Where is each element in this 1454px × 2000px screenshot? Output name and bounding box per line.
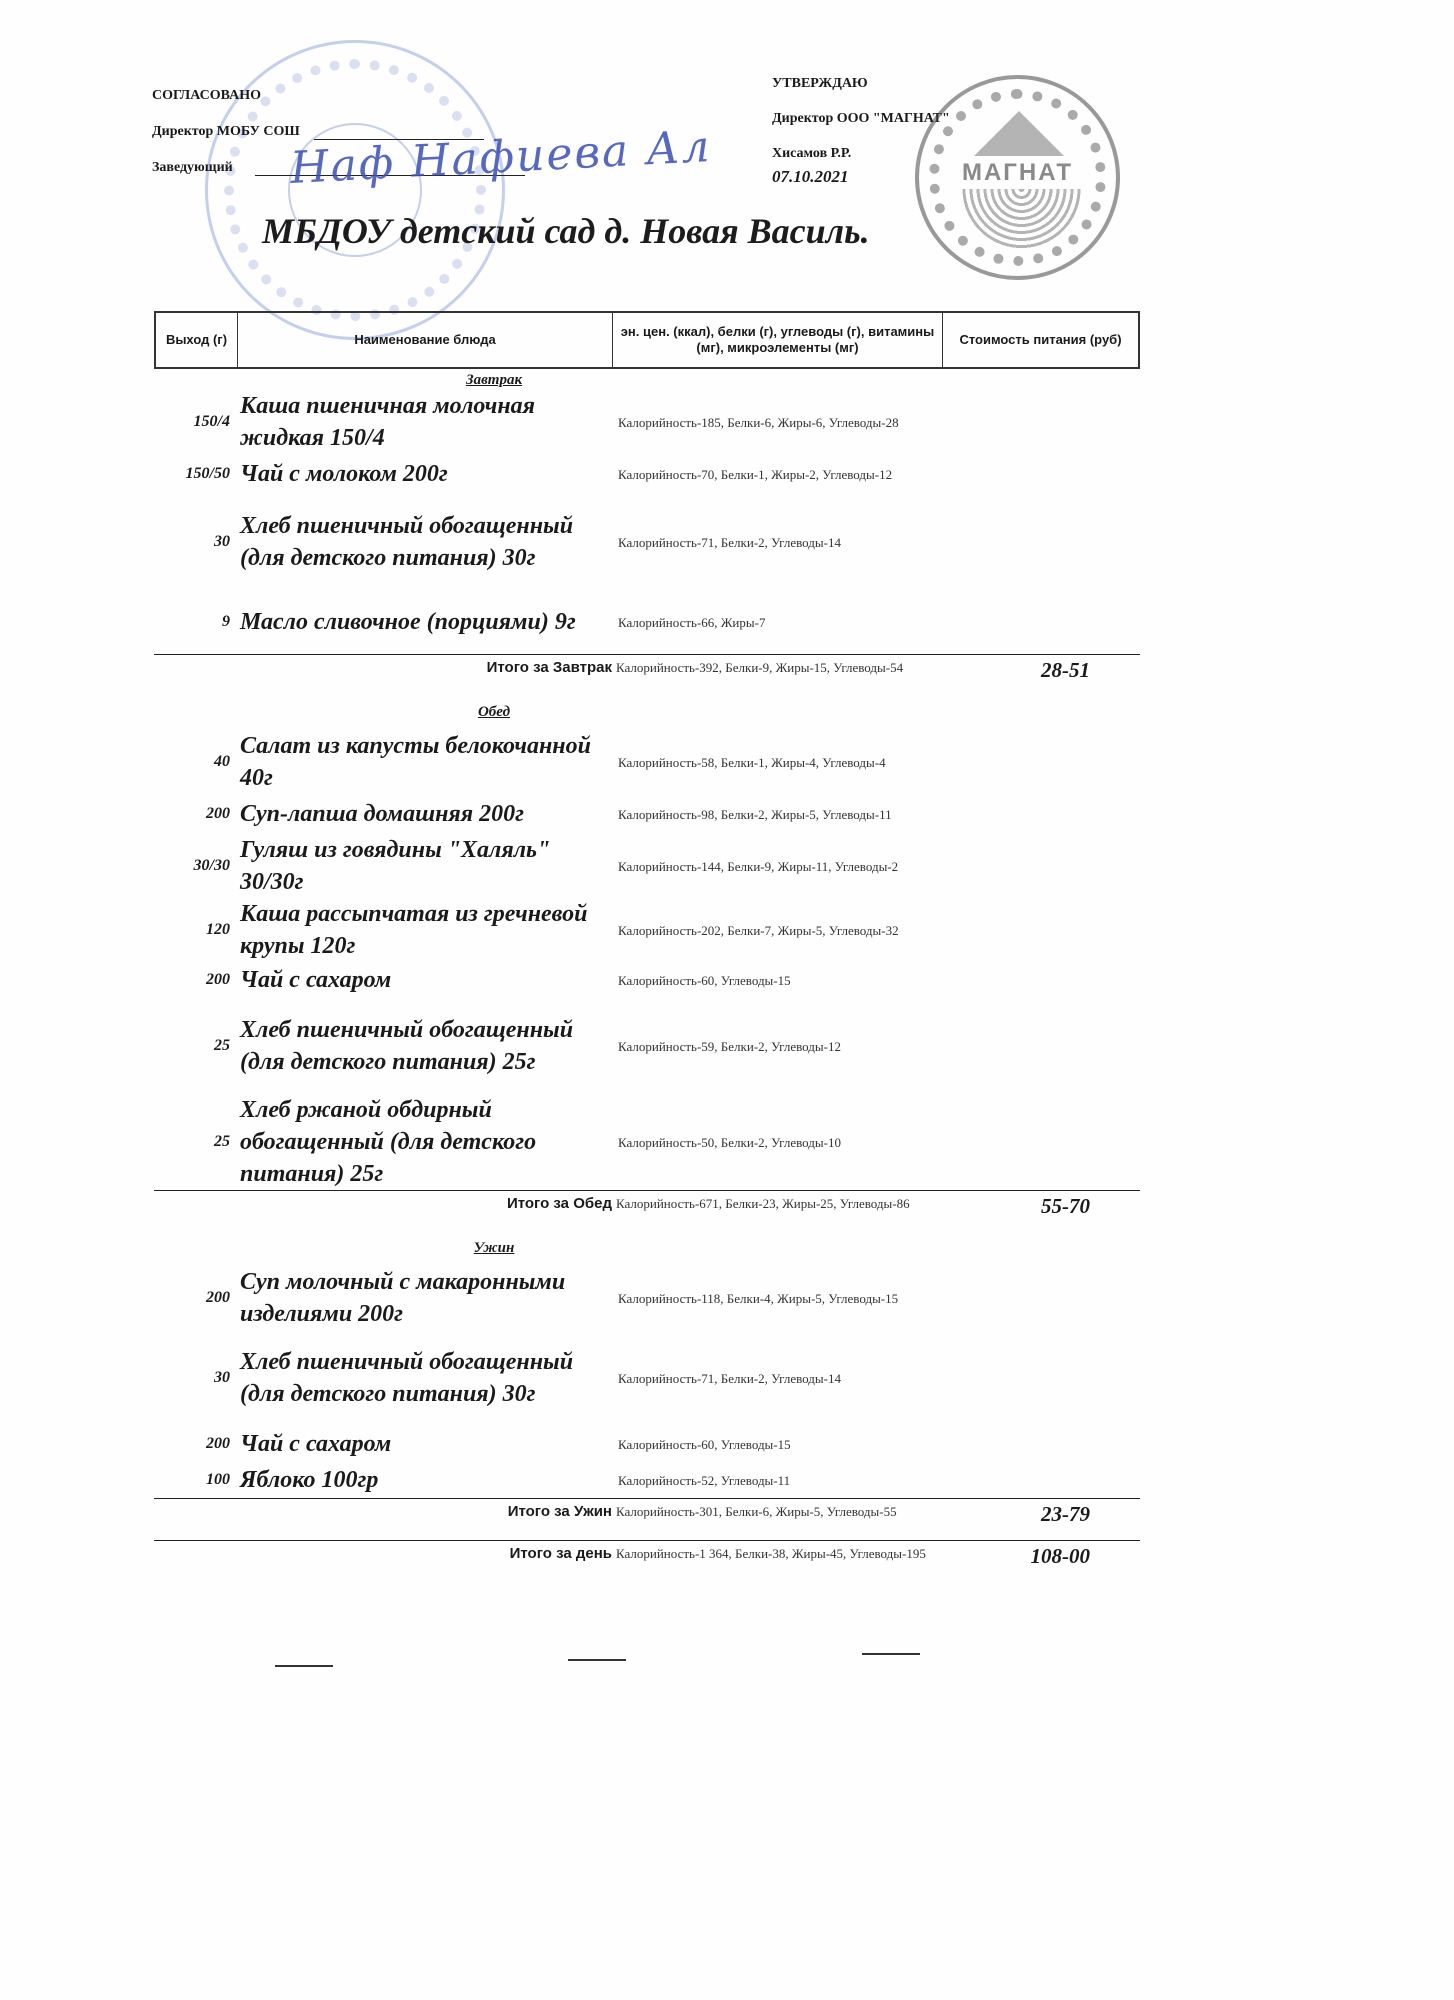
director-school-label: Директор МОБУ СОШ — [152, 124, 300, 139]
subtotal-cost: 28-51 — [946, 659, 1140, 681]
subtotal-label: Итого за Завтрак — [154, 659, 616, 677]
subtotal-nutrition: Калорийность-671, Белки-23, Жиры-25, Угл… — [616, 1195, 946, 1212]
page-title: МБДОУ детский сад д. Новая Василь. — [262, 210, 870, 252]
cell-dish-name: Хлеб пшеничный обогащенный (для детского… — [238, 1346, 616, 1410]
column-header-yield: Выход (г) — [156, 313, 238, 367]
approval-agreed-title: СОГЛАСОВАНО — [152, 88, 572, 104]
cell-yield: 150/50 — [154, 465, 238, 483]
cell-yield: 120 — [154, 921, 238, 939]
cell-dish-name: Хлеб пшеничный обогащенный (для детского… — [238, 1014, 616, 1078]
table-row: 150/50 Чай с молоком 200г Калорийность-7… — [154, 454, 1140, 494]
table-row: 200 Суп молочный с макаронными изделиями… — [154, 1266, 1140, 1330]
cell-dish-name: Каша рассыпчатая из гречневой крупы 120г — [238, 898, 616, 962]
cell-nutrition: Калорийность-60, Углеводы-15 — [616, 1436, 946, 1453]
day-total-label: Итого за день — [154, 1545, 616, 1563]
cell-yield: 30/30 — [154, 857, 238, 875]
cell-dish-name: Гуляш из говядины "Халяль" 30/30г — [238, 834, 616, 898]
cell-nutrition: Калорийность-52, Углеводы-11 — [616, 1472, 946, 1489]
signature-line — [862, 1653, 920, 1655]
signature-line — [568, 1659, 626, 1661]
subtotal-nutrition: Калорийность-392, Белки-9, Жиры-15, Угле… — [616, 659, 946, 676]
section-title-lunch: Обед — [294, 702, 694, 722]
cell-yield: 40 — [154, 753, 238, 771]
cell-nutrition: Калорийность-59, Белки-2, Углеводы-12 — [616, 1038, 946, 1055]
cell-dish-name: Суп молочный с макаронными изделиями 200… — [238, 1266, 616, 1330]
table-row: 100 Яблоко 100гр Калорийность-52, Углево… — [154, 1462, 1140, 1498]
cell-nutrition: Калорийность-58, Белки-1, Жиры-4, Углево… — [616, 754, 946, 771]
table-header: Выход (г) Наименование блюда эн. цен. (к… — [154, 311, 1140, 369]
column-header-cost: Стоимость питания (руб) — [943, 313, 1138, 367]
subtotal-row-lunch: Итого за Обед Калорийность-671, Белки-23… — [154, 1190, 1140, 1238]
cell-nutrition: Калорийность-60, Углеводы-15 — [616, 972, 946, 989]
cell-dish-name: Суп-лапша домашняя 200г — [238, 798, 616, 830]
cell-dish-name: Каша пшеничная молочная жидкая 150/4 — [238, 390, 616, 454]
subtotal-row-breakfast: Итого за Завтрак Калорийность-392, Белки… — [154, 654, 1140, 702]
cell-dish-name: Чай с молоком 200г — [238, 458, 616, 490]
bottom-signature-lines — [0, 1653, 1454, 1673]
cell-nutrition: Калорийность-50, Белки-2, Углеводы-10 — [616, 1134, 946, 1151]
cell-dish-name: Чай с сахаром — [238, 964, 616, 996]
cell-yield: 200 — [154, 1435, 238, 1453]
cell-nutrition: Калорийность-70, Белки-1, Жиры-2, Углево… — [616, 466, 946, 483]
cell-nutrition: Калорийность-144, Белки-9, Жиры-11, Угле… — [616, 858, 946, 875]
cell-nutrition: Калорийность-202, Белки-7, Жиры-5, Углев… — [616, 922, 946, 939]
cell-yield: 150/4 — [154, 413, 238, 431]
cell-dish-name: Хлеб пшеничный обогащенный (для детского… — [238, 510, 616, 574]
table-row: 200 Суп-лапша домашняя 200г Калорийность… — [154, 794, 1140, 834]
section-label: Обед — [474, 704, 514, 720]
cell-dish-name: Чай с сахаром — [238, 1428, 616, 1460]
cell-yield: 25 — [154, 1037, 238, 1055]
column-header-name: Наименование блюда — [238, 313, 613, 367]
stamp-pattern — [959, 189, 1084, 251]
cell-dish-name: Салат из капусты белокочанной 40г — [238, 730, 616, 794]
subtotal-nutrition: Калорийность-301, Белки-6, Жиры-5, Углев… — [616, 1503, 946, 1520]
cell-dish-name: Яблоко 100гр — [238, 1464, 616, 1496]
day-total-nutrition: Калорийность-1 364, Белки-38, Жиры-45, У… — [616, 1545, 946, 1562]
table-row: 25 Хлеб пшеничный обогащенный (для детск… — [154, 998, 1140, 1094]
day-total-row: Итого за день Калорийность-1 364, Белки-… — [154, 1540, 1140, 1588]
section-title-dinner: Ужин — [294, 1238, 694, 1258]
stamp-label: МАГНАТ — [919, 159, 1116, 187]
cell-dish-name: Масло сливочное (порциями) 9г — [238, 606, 616, 638]
cell-yield: 200 — [154, 971, 238, 989]
cell-dish-name: Хлеб ржаной обдирный обогащенный (для де… — [238, 1094, 616, 1190]
column-header-nutrition: эн. цен. (ккал), белки (г), углеводы (г)… — [613, 313, 943, 367]
day-total-cost: 108-00 — [946, 1545, 1140, 1567]
cell-nutrition: Калорийность-118, Белки-4, Жиры-5, Углев… — [616, 1290, 946, 1307]
cell-nutrition: Калорийность-66, Жиры-7 — [616, 614, 946, 631]
cell-nutrition: Калорийность-71, Белки-2, Углеводы-14 — [616, 1370, 946, 1387]
subtotal-cost: 55-70 — [946, 1195, 1140, 1217]
cell-yield: 25 — [154, 1133, 238, 1151]
subtotal-row-dinner: Итого за Ужин Калорийность-301, Белки-6,… — [154, 1498, 1140, 1540]
cell-yield: 30 — [154, 533, 238, 551]
table-row: 30 Хлеб пшеничный обогащенный (для детск… — [154, 1330, 1140, 1426]
table-row: 120 Каша рассыпчатая из гречневой крупы … — [154, 898, 1140, 962]
subtotal-label: Итого за Ужин — [154, 1503, 616, 1521]
section-title-breakfast: Завтрак — [294, 370, 694, 390]
document-page: СОГЛАСОВАНО Директор МОБУ СОШ Заведующий… — [0, 0, 1454, 2000]
table-row: 30 Хлеб пшеничный обогащенный (для детск… — [154, 494, 1140, 590]
menu-table-body: Завтрак 150/4 Каша пшеничная молочная жи… — [154, 370, 1140, 1588]
cell-yield: 9 — [154, 613, 238, 631]
cell-yield: 200 — [154, 1289, 238, 1307]
cell-yield: 30 — [154, 1369, 238, 1387]
cell-nutrition: Калорийность-185, Белки-6, Жиры-6, Углев… — [616, 414, 946, 431]
mountain-icon — [974, 111, 1064, 156]
cell-yield: 200 — [154, 805, 238, 823]
cell-yield: 100 — [154, 1471, 238, 1489]
table-row: 40 Салат из капусты белокочанной 40г Кал… — [154, 730, 1140, 794]
table-row: 200 Чай с сахаром Калорийность-60, Углев… — [154, 962, 1140, 998]
cell-nutrition: Калорийность-71, Белки-2, Углеводы-14 — [616, 534, 946, 551]
table-row: 30/30 Гуляш из говядины "Халяль" 30/30г … — [154, 834, 1140, 898]
section-label: Завтрак — [462, 372, 526, 388]
table-row: 9 Масло сливочное (порциями) 9г Калорийн… — [154, 590, 1140, 654]
table-row: 150/4 Каша пшеничная молочная жидкая 150… — [154, 390, 1140, 454]
subtotal-cost: 23-79 — [946, 1503, 1140, 1525]
table-row: 200 Чай с сахаром Калорийность-60, Углев… — [154, 1426, 1140, 1462]
signature-line — [275, 1665, 333, 1667]
section-label: Ужин — [470, 1240, 519, 1256]
company-stamp: МАГНАТ — [915, 75, 1120, 280]
cell-nutrition: Калорийность-98, Белки-2, Жиры-5, Углево… — [616, 806, 946, 823]
head-label: Заведующий — [152, 160, 233, 175]
table-row: 25 Хлеб ржаной обдирный обогащенный (для… — [154, 1094, 1140, 1190]
subtotal-label: Итого за Обед — [154, 1195, 616, 1213]
